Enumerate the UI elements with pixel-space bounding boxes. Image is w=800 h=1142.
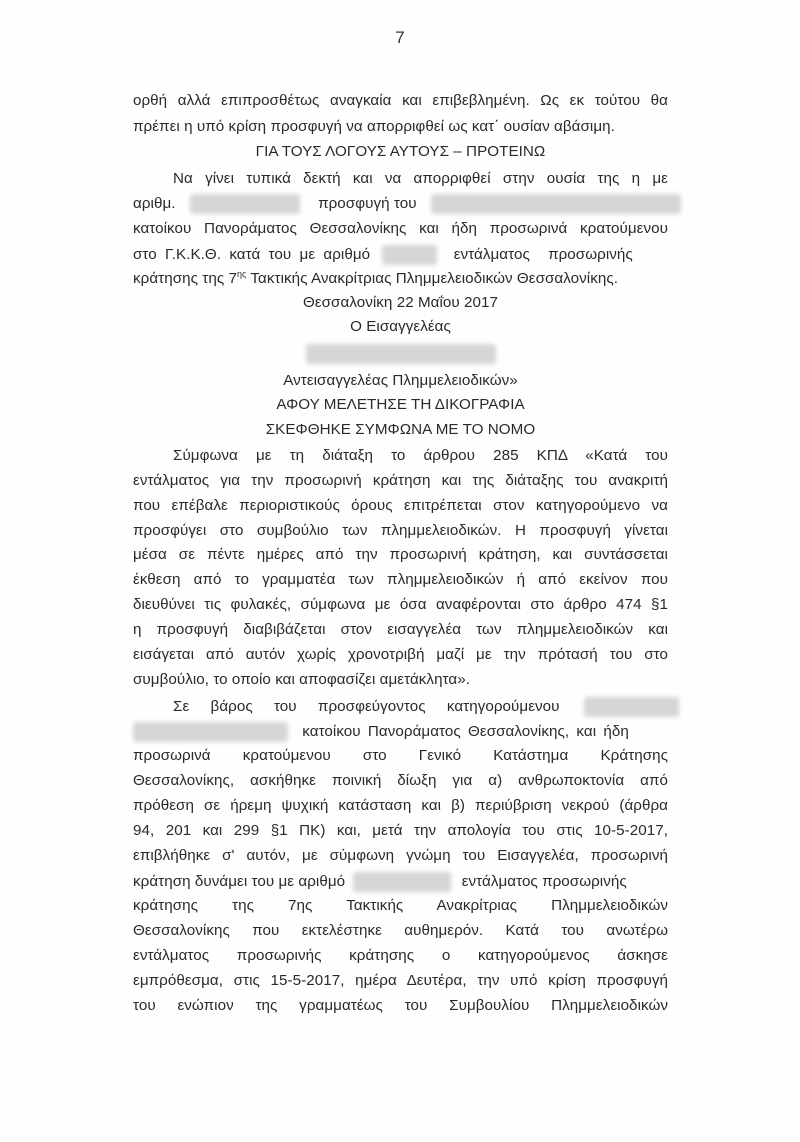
text-line: πρόθεση σε ήρεμη ψυχική κατάσταση και β)… [133,797,668,815]
text-line: επιβλήθηκε σ' αυτόν, με σύμφωνη γνώμη το… [133,847,668,865]
text-line: Σύμφωνα με τη διάταξη το άρθρου 285 ΚΠΔ … [133,447,668,465]
redacted-number [353,872,451,892]
text-line: Θεσσαλονίκης που εκτελέστηκε αυθημερόν. … [133,922,668,940]
text-line: του ενώπιον της γραμματέως του Συμβουλίο… [133,997,668,1015]
text-line: πρέπει η υπό κρίση προσφυγή να απορριφθε… [133,118,668,136]
text-line: Να γίνει τυπικά δεκτή και να απορριφθεί … [133,170,668,188]
text-fragment: αριθμ. [133,195,176,212]
text-fragment: κράτηση δυνάμει του με αριθμό [133,873,345,890]
redacted-signatory [133,344,668,364]
text-fragment: κράτησης της 7 [133,270,237,287]
text-fragment: εντάλματος προσωρινής [462,873,627,890]
text-fragment: Σε βάρος του προσφεύγοντος κατηγορούμενο… [173,698,560,715]
text-line: εμπρόθεσμα, στις 15-5-2017, ημέρα Δευτέρ… [133,972,668,990]
text-fragment: Τακτικής Ανακρίτριας Πλημμελειοδικών Θεσ… [246,270,618,287]
text-fragment: εντάλματος προσωρινής [454,246,633,263]
page-number: 7 [0,28,800,48]
text-line: η προσφυγή διαβιβάζεται στον εισαγγελέα … [133,621,668,639]
text-line: Σε βάρος του προσφεύγοντος κατηγορούμενο… [133,697,668,717]
text-line: προσφύγει στο συμβούλιο των πλημμελειοδι… [133,522,668,540]
redacted-name [306,344,496,364]
text-line: διευθύνει τις φυλακές, σύμφωνα με όσα αν… [133,596,668,614]
text-line: εντάλματος για την προσωρινή κράτηση και… [133,472,668,490]
text-line: στο Γ.Κ.Κ.Θ. κατά του με αριθμό εντάλματ… [133,245,668,265]
text-line: αριθμ. προσφυγή του [133,194,668,214]
text-line: κράτηση δυνάμει του με αριθμό εντάλματος… [133,872,668,892]
text-fragment: κατοίκου Πανοράματος Θεσσαλονίκης, και ή… [302,723,629,740]
signatory-title: Ο Εισαγγελέας [133,318,668,336]
text-fragment: στο Γ.Κ.Κ.Θ. κατά του με αριθμό [133,246,370,263]
text-line: ορθή αλλά επιπροσθέτως αναγκαία και επιβ… [133,92,668,110]
date-line: Θεσσαλονίκη 22 Μαΐου 2017 [133,294,668,312]
text-line: κατοίκου Πανοράματος Θεσσαλονίκης και ήδ… [133,220,668,238]
section-heading: ΣΚΕΦΘΗΚΕ ΣΥΜΦΩΝΑ ΜΕ ΤΟ ΝΟΜΟ [133,421,668,439]
text-line: Θεσσαλονίκης, ασκήθηκε ποινική δίωξη για… [133,772,668,790]
signatory-role: Αντεισαγγελέας Πλημμελειοδικών» [133,372,668,390]
document-page: 7 ορθή αλλά επιπροσθέτως αναγκαία και επ… [0,0,800,1142]
text-line: συμβούλιο, το οποίο και αποφασίζει αμετά… [133,671,668,689]
redacted-number [382,245,437,265]
text-line: έκθεση από το γραμματέα των πλημμελειοδι… [133,571,668,589]
redacted-name [133,722,288,742]
text-line: κατοίκου Πανοράματος Θεσσαλονίκης, και ή… [133,722,668,742]
text-fragment: προσφυγή του [318,195,417,212]
text-line: μέσα σε πέντε ημέρες από την προσωρινή κ… [133,546,668,564]
text-line: εισάγεται από αυτόν χωρίς χρονοτριβή μαζ… [133,646,668,664]
superscript: ης [237,269,246,279]
section-heading: ΓΙΑ ΤΟΥΣ ΛΟΓΟΥΣ ΑΥΤΟΥΣ – ΠΡΟΤΕΙΝΩ [133,143,668,161]
text-line: που επέβαλε περιοριστικούς όρους επιτρέπ… [133,497,668,515]
text-line: εντάλματος προσωρινής κράτησης ο κατηγορ… [133,947,668,965]
text-line: κράτησης της 7ης Τακτικής Ανακρίτριας Πλ… [133,270,668,288]
redacted-name [431,194,681,214]
text-line: προσωρινά κρατούμενου στο Γενικό Κατάστη… [133,747,668,765]
text-line: κράτησης της 7ης Τακτικής Ανακρίτριας Πλ… [133,897,668,915]
redacted-number [190,194,300,214]
text-line: 94, 201 και 299 §1 ΠΚ) και, μετά την απο… [133,822,668,840]
redacted-name [584,697,679,717]
section-heading: ΑΦΟΥ ΜΕΛΕΤΗΣΕ ΤΗ ΔΙΚΟΓΡΑΦΙΑ [133,396,668,414]
